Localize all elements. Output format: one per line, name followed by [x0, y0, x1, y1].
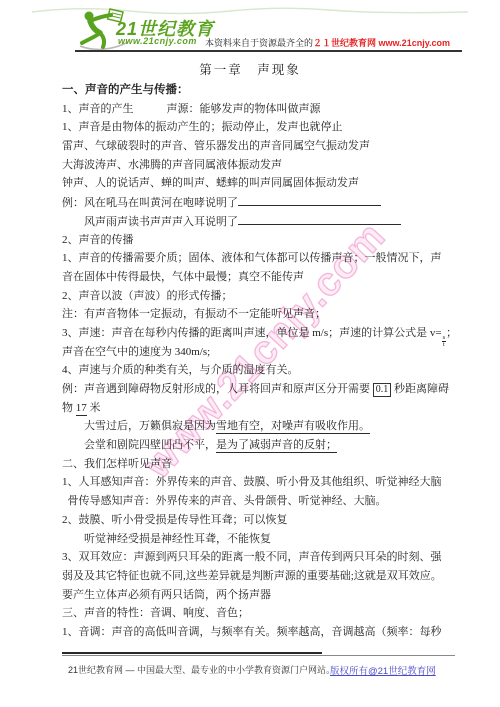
- doc-line: 二、我们怎样听见声音: [62, 455, 450, 474]
- doc-line: 三、声音的特性：音调、响度、音色；: [62, 604, 450, 623]
- doc-line: 雷声、气球破裂时的声音、管乐器发出的声音同属空气振动发声: [62, 137, 450, 156]
- header-divider: [75, 50, 462, 52]
- tagline-black: 本资料来自于资源最齐全的: [205, 38, 313, 48]
- header-tagline: 本资料来自于资源最齐全的２１世纪教育网 www.21cnjy.com: [205, 36, 450, 49]
- text-run: 一、声音的产生与传播：: [62, 84, 189, 96]
- doc-line: 3、双耳效应：声源到两只耳朵的距离一般不同，声音传到两只耳朵的时刻、强: [62, 548, 450, 567]
- doc-line: 2、鼓膜、听小骨受损是传导性耳聋；可以恢复: [62, 511, 450, 530]
- doc-line: 1、音调：声音的高低叫音调，与频率有关。频率越高，音调越高（频率：每秒: [62, 623, 450, 642]
- tagline-red: ２１世纪教育网 www.21cnjy.com: [313, 38, 450, 48]
- doc-body: 一、声音的产生与传播：1、声音的产生 声源：能够发声的物体叫做声源1、声音是由物…: [62, 81, 450, 642]
- doc-line: 钟声、人的说话声、蝉的叫声、蟋蟀的叫声同属固体振动发声: [62, 174, 450, 193]
- text-run: 二、我们怎样听见声音: [62, 458, 172, 470]
- text-run: 米: [87, 402, 101, 414]
- doc-line: 3、声速：声音在每秒内传播的距离叫声速，单位是 m/s；声速的计算公式是 v=s…: [62, 324, 450, 343]
- site-logo: 21世纪教育 www.21cnjy.com: [76, 6, 206, 50]
- text-run: 2、鼓膜、听小骨受损是传导性耳聋；可以恢复: [62, 514, 288, 526]
- doc-line: 1、人耳感知声音：外界传来的声音、鼓膜、听小骨及其他组织、听觉神经大脑: [62, 473, 450, 492]
- fraction-denominator: t: [442, 342, 447, 348]
- document-page: 21世纪教育 www.21cnjy.com 本资料来自于资源最齐全的２１世纪教育…: [0, 0, 500, 707]
- text-run: 三、声音的特性：音调、响度、音色；: [62, 607, 249, 619]
- doc-line: 1、声音的产生 声源：能够发声的物体叫做声源: [62, 100, 450, 119]
- footer-info: 21世纪教育网 — 中国最大型、最专业的中小学教育资源门户网站。: [68, 663, 335, 676]
- text-run: 3、双耳效应：声源到两只耳朵的距离一般不同，声音传到两只耳朵的时刻、强: [62, 551, 442, 563]
- text-run: 例：声音遇到障碍物反射形成的，人耳将回声和原声区分开需要: [62, 383, 373, 395]
- underlined-text: 雪地有空，对噪声有吸收作用。: [216, 420, 370, 434]
- boxed-answer: 0.1: [373, 383, 392, 397]
- text-run: 声音在空气中的速度为 340m/s;: [62, 346, 210, 358]
- text-run: 音在固体中传得最快，气体中最慢；真空不能传声: [62, 271, 304, 283]
- underlined-text: 17: [76, 402, 87, 416]
- doc-line: 例：声音遇到障碍物反射形成的，人耳将回声和原声区分开需要 0.1 秒距离障碍: [62, 380, 450, 399]
- doc-line: 骨传导感知声音：外界传来的声音、头骨颌骨、听觉神经、大脑。: [62, 492, 450, 511]
- text-run: 骨传导感知声音：外界传来的声音、头骨颌骨、听觉神经、大脑。: [68, 495, 387, 507]
- doc-line: 风声雨声读书声声声入耳说明了: [62, 212, 450, 231]
- text-run: 2、声音的传播: [62, 234, 134, 246]
- text-run: 1、声音的产生 声源：能够发声的物体叫做声源: [62, 103, 321, 115]
- text-run: 4、声速与介质的种类有关，与介质的温度有关。: [62, 364, 299, 376]
- footer-divider-light: [62, 655, 455, 656]
- text-run: 雷声、气球破裂时的声音、管乐器发出的声音同属空气振动发声: [62, 140, 370, 152]
- page-title: 第一章 声现象: [0, 60, 500, 78]
- doc-line: 1、声音是由物体的振动产生的；振动停止，发声也就停止: [62, 118, 450, 137]
- text-run: 1、音调：声音的高低叫音调，与频率有关。频率越高，音调越高（频率：每秒: [62, 626, 442, 638]
- text-run: 会堂和剧院四壁凹凸不平，: [84, 439, 216, 451]
- doc-heading-line: 一、声音的产生与传播：: [62, 81, 450, 100]
- doc-line: 听觉神经受损是神经性耳聋，不能恢复: [62, 530, 450, 549]
- text-run: 弱及及其它特征也就不同,这些差异就是判断声源的重要基础;这就是双耳效应。: [62, 570, 442, 582]
- doc-line: 注：有声音物体一定振动，有振动不一定能听见声音；: [62, 305, 450, 324]
- doc-line: 物 17 米: [62, 399, 450, 418]
- text-run: 3、声速：声音在每秒内传播的距离叫声速，单位是 m/s；声速的计算公式是 v=: [62, 327, 442, 339]
- doc-line: 例：风在吼马在叫黄河在咆哮说明了: [62, 193, 450, 212]
- brand-url: www.21cnjy.com: [118, 36, 197, 46]
- text-run: 1、声音的传播需要介质；固体、液体和气体都可以传播声音；一般情况下，声: [62, 252, 442, 264]
- text-run: 大海波涛声、水沸腾的声音同属液体振动发声: [62, 159, 282, 171]
- text-run: 听觉神经受损是神经性耳聋，不能恢复: [84, 533, 271, 545]
- doc-line: 大雪过后，万籁俱寂是因为雪地有空，对噪声有吸收作用。: [62, 417, 450, 436]
- underlined-text: 是为了减弱声音的反射；: [216, 439, 337, 453]
- doc-line: 1、声音的传播需要介质；固体、液体和气体都可以传播声音；一般情况下，声: [62, 249, 450, 268]
- footer-divider-dark: [62, 652, 322, 654]
- doc-line: 音在固体中传得最快，气体中最慢；真空不能传声: [62, 268, 450, 287]
- doc-line: 大海波涛声、水沸腾的声音同属液体振动发声: [62, 156, 450, 175]
- text-run: 大雪过后，万籁俱寂是因为: [84, 420, 216, 432]
- text-run: 1、人耳感知声音：外界传来的声音、鼓膜、听小骨及其他组织、听觉神经大脑: [62, 476, 442, 488]
- text-run: 钟声、人的说话声、蝉的叫声、蟋蟀的叫声同属固体振动发声: [62, 177, 359, 189]
- fill-in-blank: [238, 193, 381, 206]
- text-run: 例：风在吼马在叫黄河在咆哮说明了: [62, 197, 238, 209]
- text-run: 1、声音是由物体的振动产生的；振动停止，发声也就停止: [62, 121, 343, 133]
- text-run: 要产生立体声必须有两只话筒，两个扬声器: [62, 589, 271, 601]
- footer-copyright-link[interactable]: 版权所有@21世纪教育网: [330, 663, 436, 677]
- doc-line: 弱及及其它特征也就不同,这些差异就是判断声源的重要基础;这就是双耳效应。: [62, 567, 450, 586]
- doc-line: 4、声速与介质的种类有关，与介质的温度有关。: [62, 361, 450, 380]
- fill-in-blank: [238, 212, 401, 225]
- text-run: 物: [62, 402, 76, 414]
- doc-line: 会堂和剧院四壁凹凸不平，是为了减弱声音的反射；: [62, 436, 450, 455]
- doc-line: 声音在空气中的速度为 340m/s;: [62, 343, 450, 362]
- text-run: ；: [446, 327, 457, 339]
- text-run: 风声雨声读书声声声入耳说明了: [84, 216, 238, 228]
- doc-line: 2、声音以波（声波）的形式传播；: [62, 287, 450, 306]
- text-run: 2、声音以波（声波）的形式传播；: [62, 290, 233, 302]
- doc-line: 要产生立体声必须有两只话筒，两个扬声器: [62, 586, 450, 605]
- text-run: 注：有声音物体一定振动，有振动不一定能听见声音；: [62, 308, 326, 320]
- text-run: 秒距离障碍: [391, 383, 449, 395]
- doc-line: 2、声音的传播: [62, 231, 450, 250]
